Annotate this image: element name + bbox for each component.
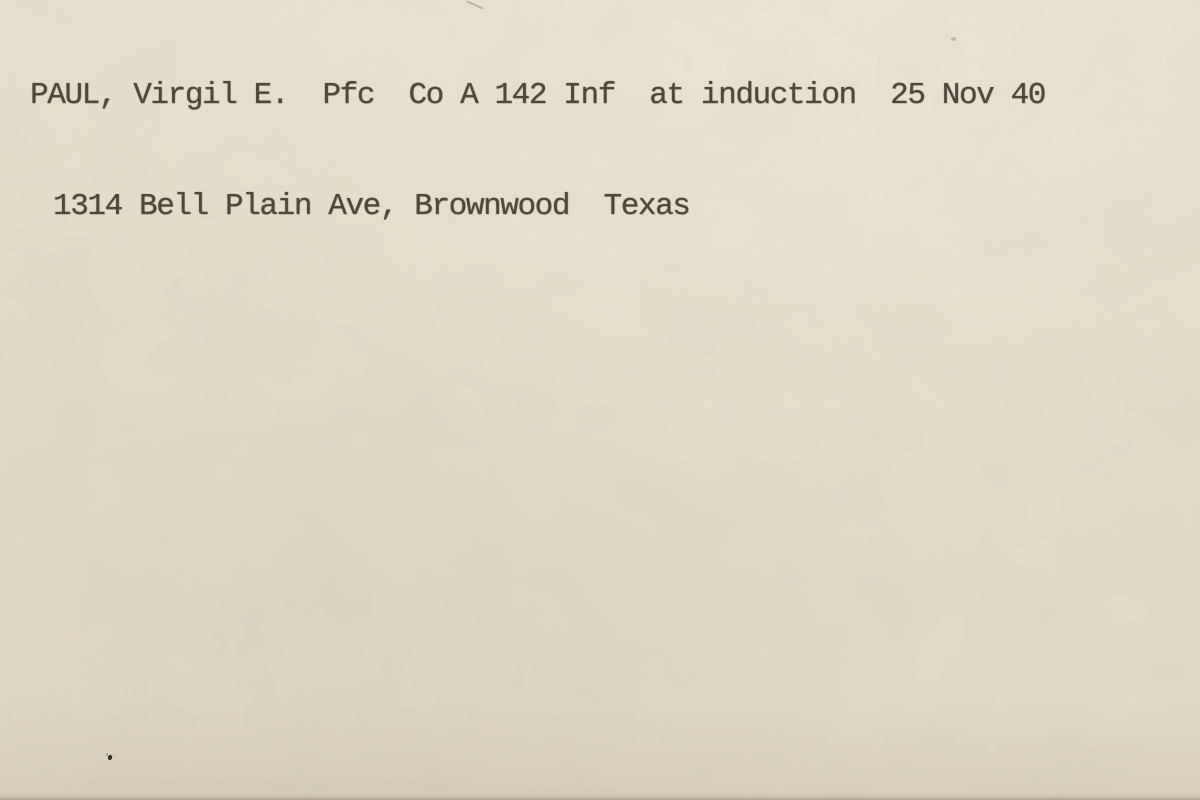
typewritten-caption: PAUL, Virgil E. Pfc Co A 142 Inf at indu… [30, 3, 1045, 299]
faint-red-speck [951, 37, 956, 41]
ink-speck [108, 755, 112, 760]
caption-line-2: 1314 Bell Plain Ave, Brownwood Texas [30, 188, 1045, 225]
caption-line-1: PAUL, Virgil E. Pfc Co A 142 Inf at indu… [30, 77, 1045, 114]
index-card: PAUL, Virgil E. Pfc Co A 142 Inf at indu… [0, 0, 1200, 800]
card-bottom-edge-shadow [0, 793, 1200, 800]
